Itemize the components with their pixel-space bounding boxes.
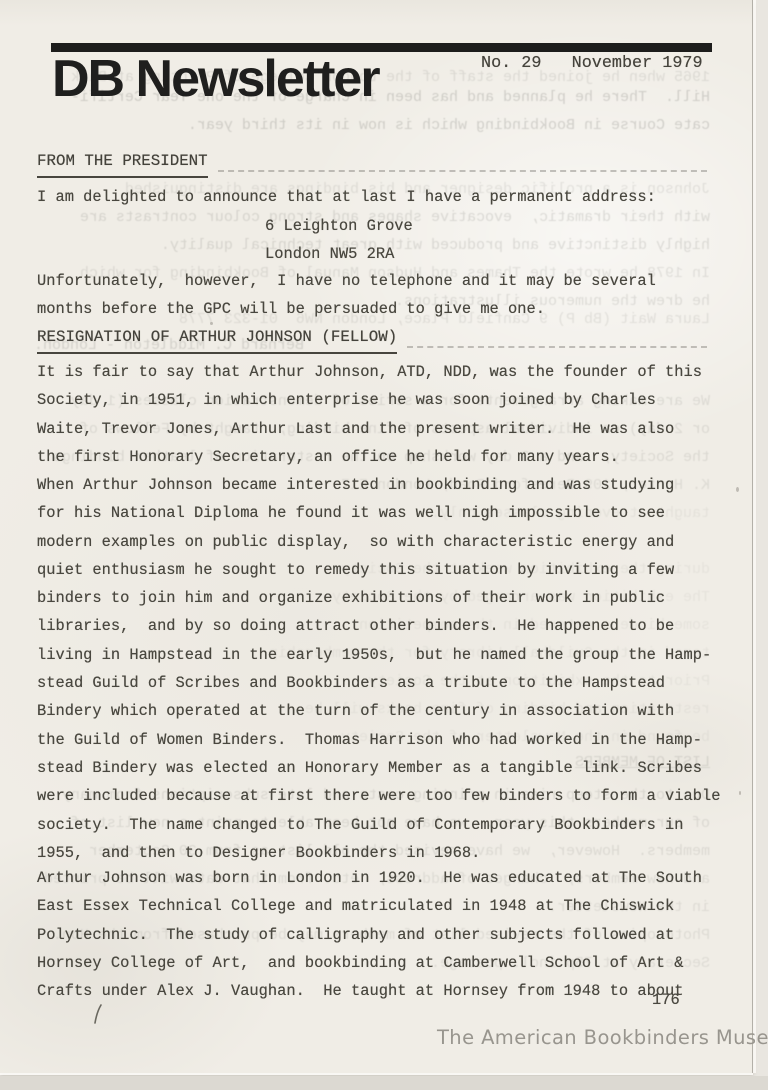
section-heading-president: FROM THE PRESIDENT <box>37 148 707 178</box>
section-heading-president-label: FROM THE PRESIDENT <box>37 150 208 178</box>
scanned-newsletter-page: 1965 when he joined the staff of the Lon… <box>0 0 768 1090</box>
scanner-background <box>0 1076 768 1090</box>
address-line-1: 6 Leighton Grove <box>265 212 413 240</box>
address-line-2: London NW5 2RA <box>265 240 394 268</box>
page-number: 176 <box>652 986 680 1014</box>
president-body: Unfortunately, however, I have no teleph… <box>37 267 656 324</box>
issue-and-date: No. 29 November 1979 <box>481 53 703 75</box>
heading-underline-bleed <box>407 346 707 348</box>
scan-speck <box>739 791 741 795</box>
bleedthrough-line: cate Course in Bookbinding which is now … <box>34 116 710 136</box>
scan-speck <box>210 322 213 325</box>
resignation-paragraph-2: When Arthur Johnson became interested in… <box>37 471 720 867</box>
scan-speck <box>736 487 739 492</box>
museum-watermark: The American Bookbinders Museum <box>437 1026 768 1049</box>
newsletter-title: DB Newsletter <box>52 53 379 105</box>
section-heading-resignation-label: RESIGNATION OF ARTHUR JOHNSON (FELLOW) <box>37 326 397 354</box>
resignation-paragraph-1: It is fair to say that Arthur Johnson, A… <box>37 358 702 471</box>
resignation-paragraph-3: Arthur Johnson was born in London in 192… <box>37 864 702 1005</box>
paper-sheet: 1965 when he joined the staff of the Lon… <box>0 0 753 1073</box>
section-heading-resignation: RESIGNATION OF ARTHUR JOHNSON (FELLOW) <box>37 324 707 354</box>
pen-mark <box>92 1003 104 1030</box>
heading-underline-bleed <box>218 170 707 172</box>
president-intro: I am delighted to announce that at last … <box>37 183 656 211</box>
